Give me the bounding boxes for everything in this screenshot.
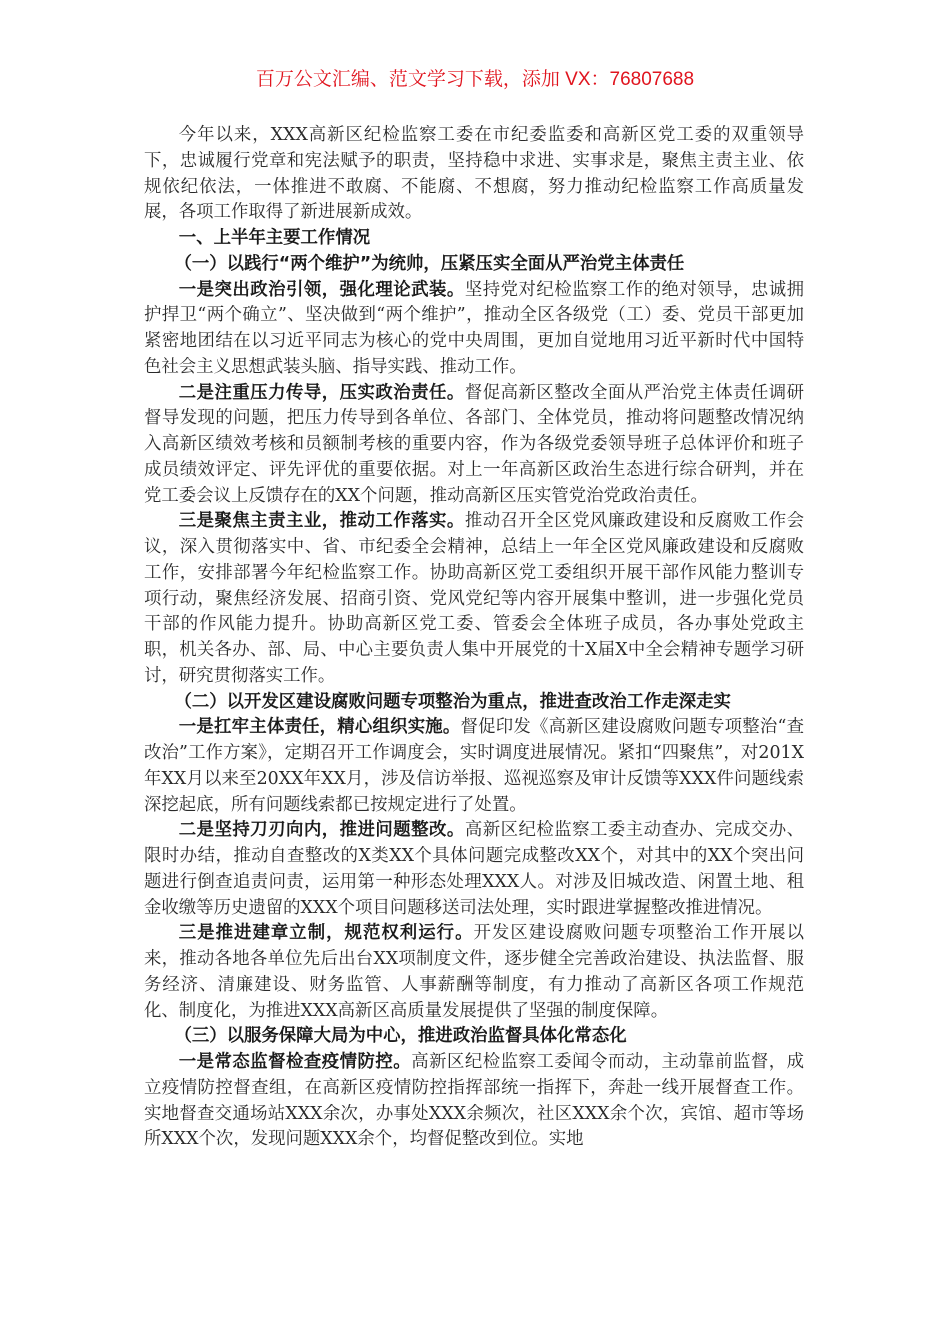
paragraph-lead: 一是扛牢主体责任，精心组织实施。 [179, 717, 461, 737]
paragraph: 一是扛牢主体责任，精心组织实施。督促印发《高新区建设腐败问题专项整治“查改治”工… [144, 715, 804, 818]
paragraph-lead: 一是突出政治引领，强化理论武装。 [179, 280, 465, 300]
paragraph: 三是推进建章立制，规范权利运行。开发区建设腐败问题专项整治工作开展以来，推动各地… [144, 921, 804, 1024]
subsection-heading: （三）以服务保障大局为中心，推进政治监督具体化常态化 [144, 1024, 804, 1050]
paragraph-lead: 一是常态监督检查疫情防控。 [179, 1052, 411, 1072]
paragraph: 三是聚焦主责主业，推动工作落实。推动召开全区党风廉政建设和反腐败工作会议，深入贯… [144, 509, 804, 689]
paragraph: 二是坚持刀刃向内，推进问题整改。高新区纪检监察工委主动查办、完成交办、限时办结，… [144, 818, 804, 921]
subsection-heading: （二）以开发区建设腐败问题专项整治为重点，推进查改治工作走深走实 [144, 690, 804, 716]
paragraph-lead: 三是推进建章立制，规范权利运行。 [179, 923, 474, 943]
download-banner: 百万公文汇编、范文学习下载，添加 VX：76807688 [0, 66, 950, 94]
document-body: 今年以来，XXX高新区纪检监察工委在市纪委监委和高新区党工委的双重领导下，忠诚履… [144, 123, 804, 1153]
paragraph: 一是常态监督检查疫情防控。高新区纪检监察工委闻令而动，主动靠前监督，成立疫情防控… [144, 1050, 804, 1153]
section-heading: 一、上半年主要工作情况 [144, 226, 804, 252]
intro-paragraph: 今年以来，XXX高新区纪检监察工委在市纪委监委和高新区党工委的双重领导下，忠诚履… [144, 123, 804, 226]
paragraph-body: 推动召开全区党风廉政建设和反腐败工作会议，深入贯彻落实中、省、市纪委全会精神，总… [144, 511, 804, 686]
paragraph-lead: 二是注重压力传导，压实政治责任。 [179, 383, 465, 403]
paragraph-lead: 二是坚持刀刃向内，推进问题整改。 [179, 820, 465, 840]
paragraph: 二是注重压力传导，压实政治责任。督促高新区整改全面从严治党主体责任调研督导发现的… [144, 381, 804, 510]
subsection-heading: （一）以践行“两个维护”为统帅，压紧压实全面从严治党主体责任 [144, 252, 804, 278]
paragraph-lead: 三是聚焦主责主业，推动工作落实。 [179, 511, 465, 531]
paragraph: 一是突出政治引领，强化理论武装。坚持党对纪检监察工作的绝对领导，忠诚拥护捍卫“两… [144, 278, 804, 381]
